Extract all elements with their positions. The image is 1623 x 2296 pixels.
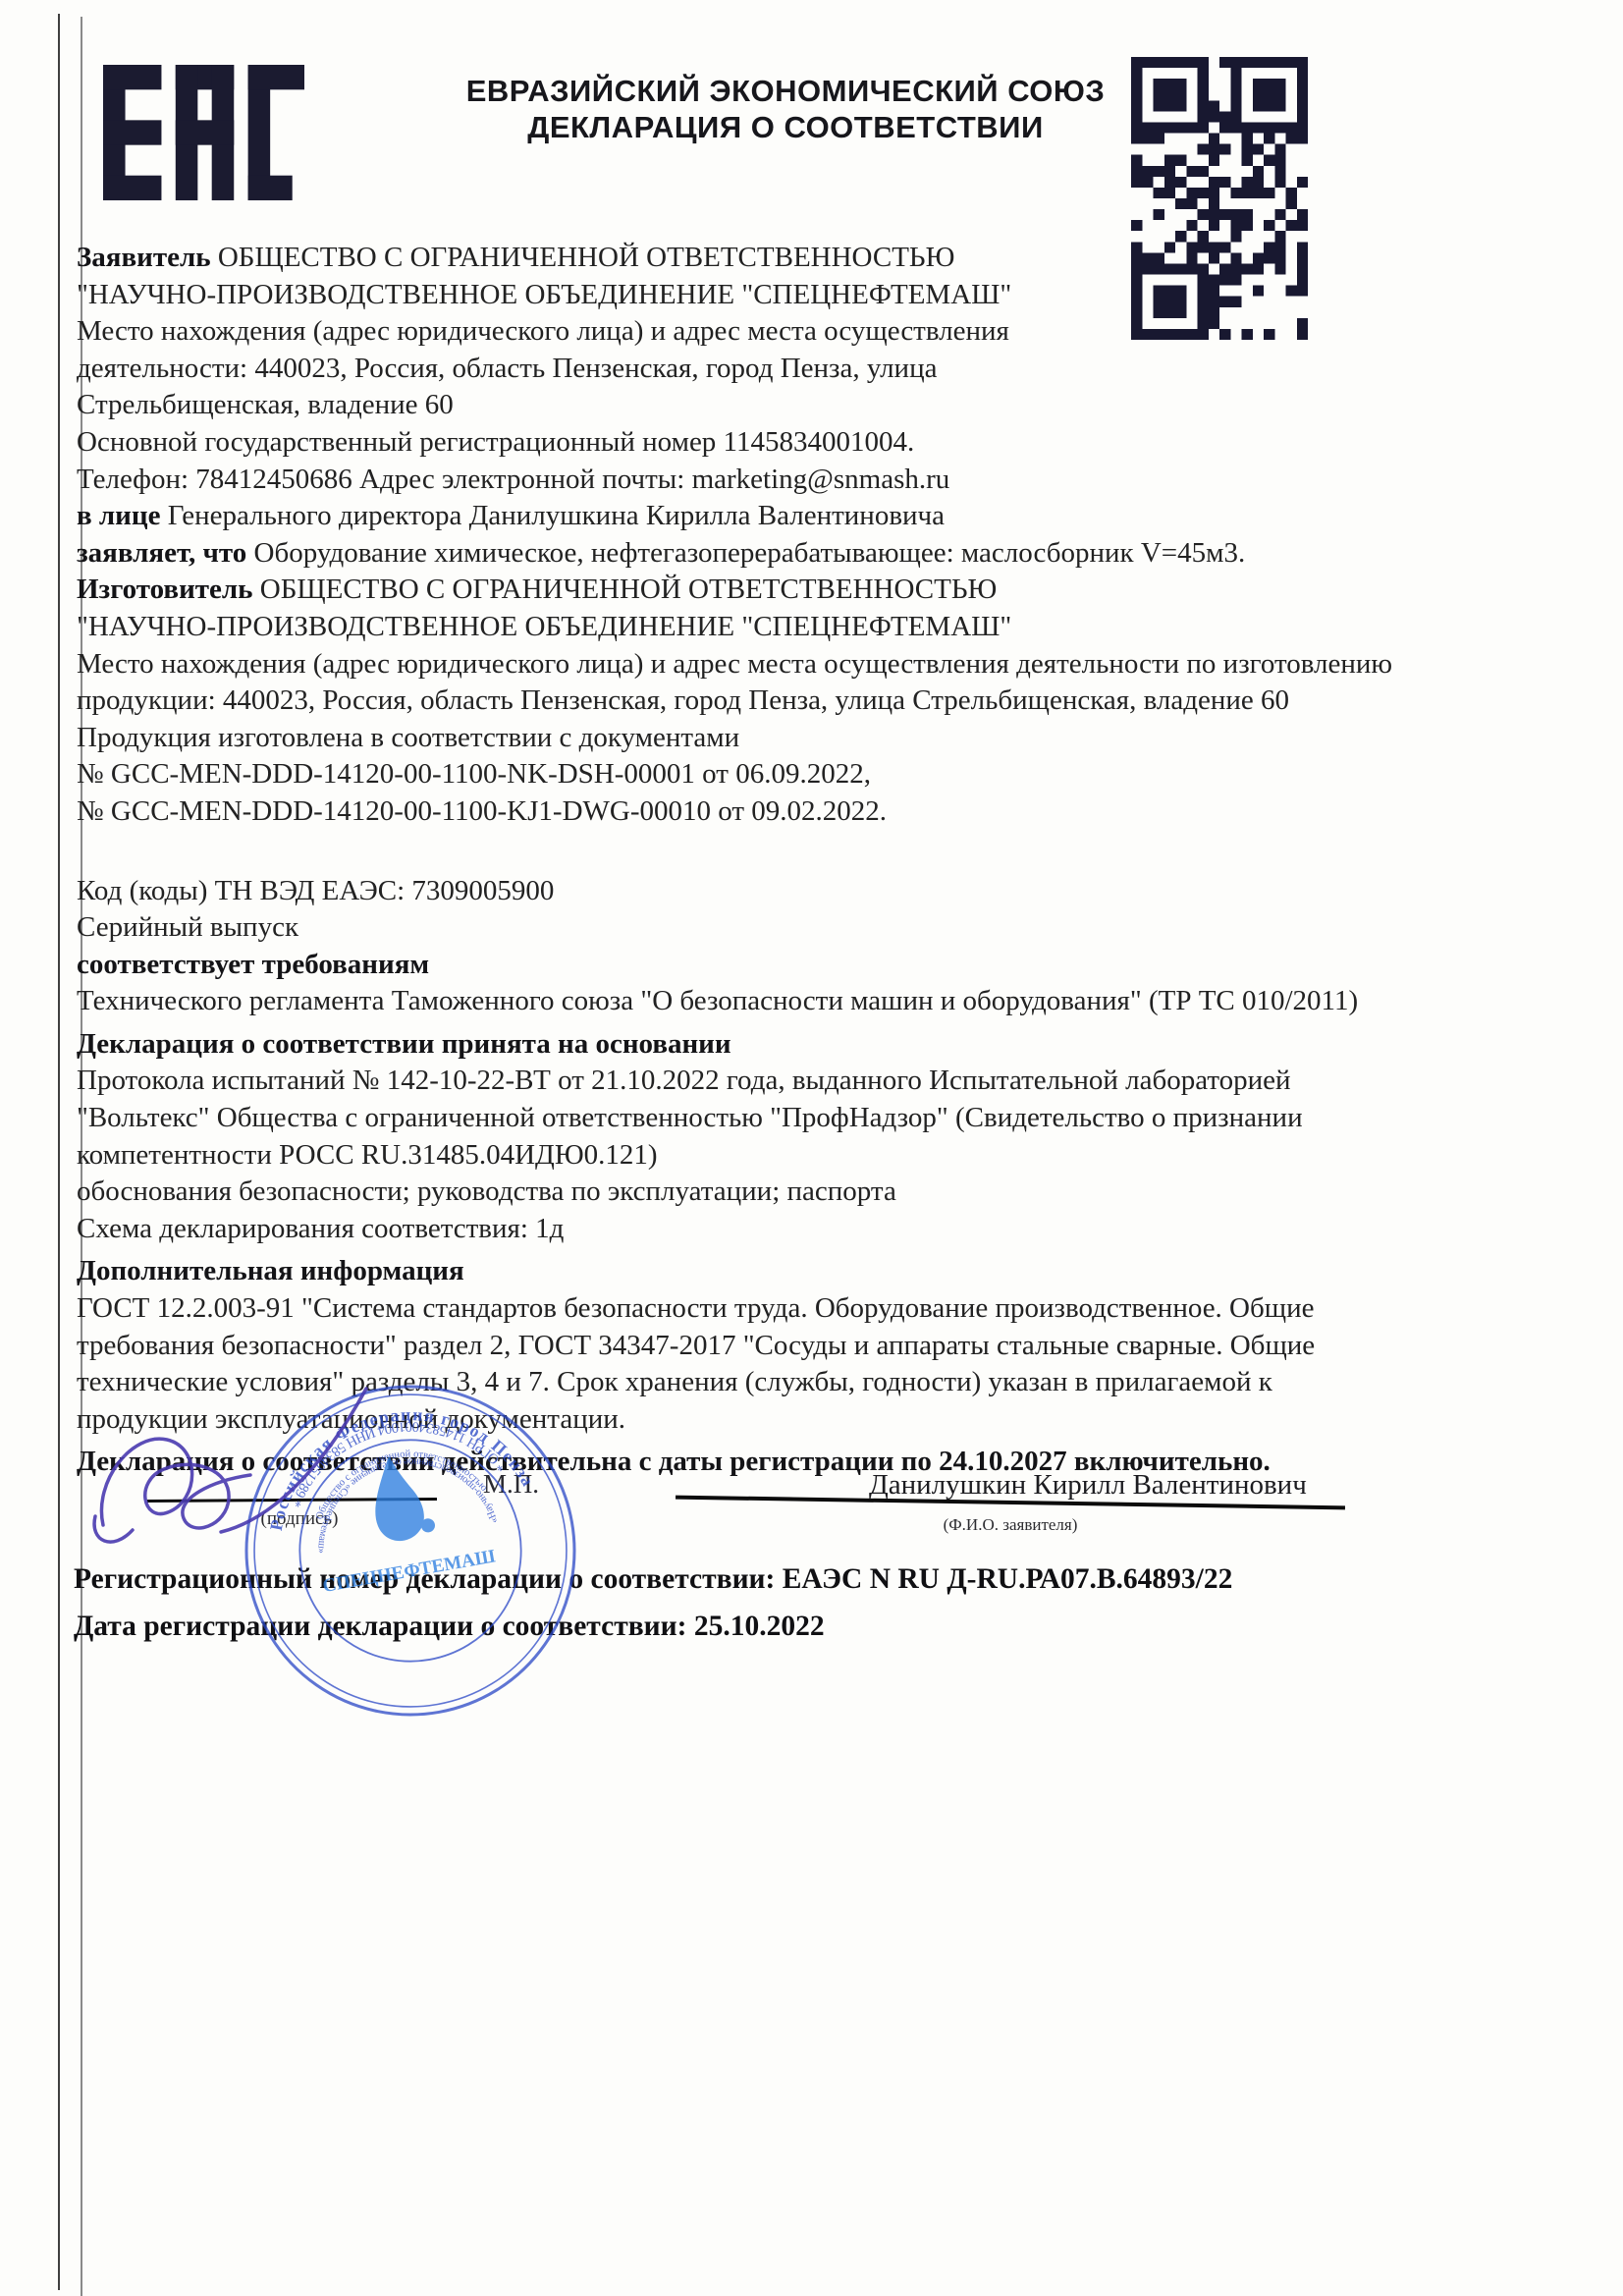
fio-caption: (Ф.И.О. заявителя) <box>883 1515 1138 1535</box>
body-line: "Вольтекс" Общества с ограниченной ответ… <box>77 1100 1594 1137</box>
body-line: Место нахождения (адрес юридического лиц… <box>77 313 1594 351</box>
body-line: № GCC-MEN-DDD-14120-00-1100-KJ1-DWG-0001… <box>77 793 1594 831</box>
body-line: компетентности РОСС RU.31485.04ИДЮ0.121) <box>77 1137 1594 1175</box>
body-line: Декларация о соответствии действительна … <box>77 1444 1594 1481</box>
signature-line <box>147 1498 437 1503</box>
body-line: "НАУЧНО-ПРОИЗВОДСТВЕННОЕ ОБЪЕДИНЕНИЕ "СП… <box>77 609 1594 646</box>
signature-caption: (подпись) <box>221 1508 378 1530</box>
body-line: Схема декларирования соответствия: 1д <box>77 1211 1594 1248</box>
body-line: Дополнительная информация <box>77 1253 1594 1290</box>
body-line: Основной государственный регистрационный… <box>77 424 1594 462</box>
document-title: ДЕКЛАРАЦИЯ О СООТВЕТСТВИИ <box>324 109 1247 145</box>
eac-logo <box>103 65 304 200</box>
document-body: Заявитель ОБЩЕСТВО С ОГРАНИЧЕННОЙ ОТВЕТС… <box>77 240 1594 1481</box>
body-line: Код (коды) ТН ВЭД ЕАЭС: 7309005900 <box>77 873 1594 910</box>
body-line: продукции эксплуатационной документации. <box>77 1401 1594 1439</box>
body-line: деятельности: 440023, Россия, область Пе… <box>77 351 1594 388</box>
declaration-of-conformity-document: ЕВРАЗИЙСКИЙ ЭКОНОМИЧЕСКИЙ СОЮЗ ДЕКЛАРАЦИ… <box>0 0 1623 2296</box>
body-line: Стрельбищенская, владение 60 <box>77 387 1594 424</box>
document-header: ЕВРАЗИЙСКИЙ ЭКОНОМИЧЕСКИЙ СОЮЗ ДЕКЛАРАЦИ… <box>324 73 1247 145</box>
body-line: Заявитель ОБЩЕСТВО С ОГРАНИЧЕННОЙ ОТВЕТС… <box>77 240 1594 277</box>
stamp-place-label: М.П. <box>483 1469 539 1500</box>
body-line: в лице Генерального директора Данилушкин… <box>77 498 1594 535</box>
body-line: Декларация о соответствии принята на осн… <box>77 1026 1594 1064</box>
body-line: Место нахождения (адрес юридического лиц… <box>77 646 1594 683</box>
registration-date-line: Дата регистрации декларации о соответств… <box>74 1611 825 1643</box>
body-line: "НАУЧНО-ПРОИЗВОДСТВЕННОЕ ОБЪЕДИНЕНИЕ "СП… <box>77 277 1594 314</box>
body-line: технические условия" разделы 3, 4 и 7. С… <box>77 1364 1594 1401</box>
body-line: заявляет, что Оборудование химическое, н… <box>77 535 1594 573</box>
union-title: ЕВРАЗИЙСКИЙ ЭКОНОМИЧЕСКИЙ СОЮЗ <box>324 73 1247 109</box>
scan-edge-line <box>58 14 60 2290</box>
body-line: Технического регламента Таможенного союз… <box>77 983 1594 1020</box>
body-line: Серийный выпуск <box>77 909 1594 947</box>
body-line: Протокола испытаний № 142-10-22-ВТ от 21… <box>77 1063 1594 1100</box>
body-line: Продукция изготовлена в соответствии с д… <box>77 720 1594 757</box>
body-line: Телефон: 78412450686 Адрес электронной п… <box>77 462 1594 499</box>
body-line: ГОСТ 12.2.003-91 "Система стандартов без… <box>77 1290 1594 1328</box>
body-line: соответствует требованиям <box>77 947 1594 984</box>
body-line: продукции: 440023, Россия, область Пензе… <box>77 683 1594 720</box>
body-line: обоснования безопасности; руководства по… <box>77 1174 1594 1211</box>
body-line: требования безопасности" раздел 2, ГОСТ … <box>77 1328 1594 1365</box>
body-line: № GCC-MEN-DDD-14120-00-1100-NK-DSH-00001… <box>77 756 1594 793</box>
body-line: Изготовитель ОБЩЕСТВО С ОГРАНИЧЕННОЙ ОТВ… <box>77 572 1594 609</box>
applicant-full-name: Данилушкин Кирилл Валентинович <box>869 1469 1307 1502</box>
registration-number-line: Регистрационный номер декларации о соотв… <box>74 1563 1232 1596</box>
